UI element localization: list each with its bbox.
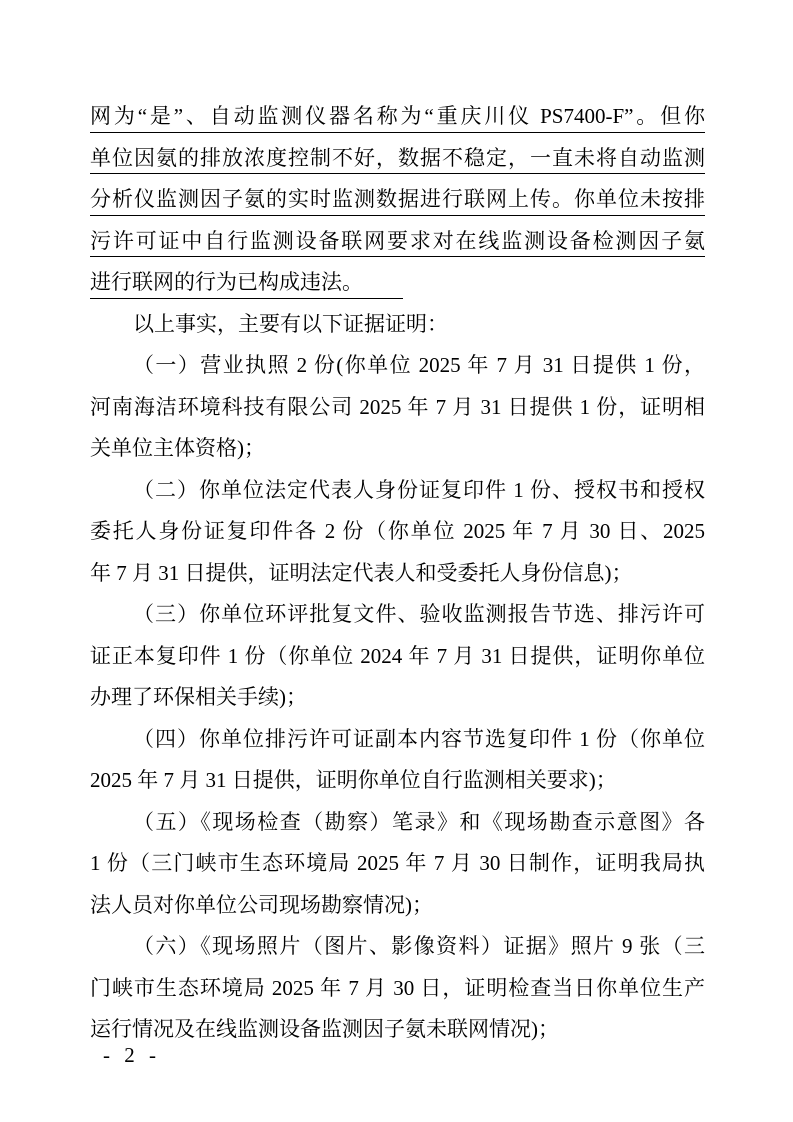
underlined-text: 网为“是”、自动监测仪器名称为“重庆川仪 PS7400-F”。但你 (90, 104, 705, 133)
body-text: （六）《现场照片（图片、影像资料）证据》照片 9 张（三 (133, 934, 705, 958)
underlined-text: 污许可证中自行监测设备联网要求对在线监测设备检测因子氨 (90, 229, 705, 258)
body-text: 门峡市生态环境局 2025 年 7 月 30 日，证明检查当日你单位生产 (90, 976, 705, 1000)
body-text: 办理了环保相关手续)； (90, 685, 307, 709)
body-text: 1 份（三门峡市生态环境局 2025 年 7 月 30 日制作，证明我局执 (90, 851, 705, 875)
body-line: 年 7 月 31 日提供，证明法定代表人和受委托人身份信息)； (90, 553, 705, 595)
body-text: （三）你单位环评批复文件、验收监测报告节选、排污许可 (133, 602, 705, 626)
body-text: （五）《现场检查（勘察）笔录》和《现场勘查示意图》各 (133, 810, 705, 834)
body-text: （一）营业执照 2 份(你单位 2025 年 7 月 31 日提供 1 份， (133, 353, 705, 377)
body-line: 法人员对你单位公司现场勘察情况)； (90, 885, 705, 927)
body-line: 运行情况及在线监测设备监测因子氨未联网情况)； (90, 1009, 705, 1051)
body-line: 网为“是”、自动监测仪器名称为“重庆川仪 PS7400-F”。但你 (90, 96, 705, 138)
document-body: 网为“是”、自动监测仪器名称为“重庆川仪 PS7400-F”。但你 单位因氨的排… (90, 96, 705, 1051)
document-page: 网为“是”、自动监测仪器名称为“重庆川仪 PS7400-F”。但你 单位因氨的排… (0, 0, 793, 1122)
body-line: 分析仪监测因子氨的实时监测数据进行联网上传。你单位未按排 (90, 179, 705, 221)
body-line: （五）《现场检查（勘察）笔录》和《现场勘查示意图》各 (90, 802, 705, 844)
underlined-text: 分析仪监测因子氨的实时监测数据进行联网上传。你单位未按排 (90, 187, 705, 216)
body-text: 委托人身份证复印件各 2 份（你单位 2025 年 7 月 30 日、2025 (90, 519, 705, 543)
body-text: 法人员对你单位公司现场勘察情况)； (90, 893, 433, 917)
body-text: （二）你单位法定代表人身份证复印件 1 份、授权书和授权 (133, 478, 705, 502)
body-text: 2025 年 7 月 31 日提供，证明你单位自行监测相关要求)； (90, 768, 617, 792)
body-line: 办理了环保相关手续)； (90, 677, 705, 719)
body-text: 年 7 月 31 日提供，证明法定代表人和受委托人身份信息)； (90, 561, 633, 585)
body-line: 进行联网的行为已构成违法。 (90, 262, 705, 304)
body-text: 证正本复印件 1 份（你单位 2024 年 7 月 31 日提供，证明你单位 (90, 644, 705, 668)
body-text: 河南海洁环境科技有限公司 2025 年 7 月 31 日提供 1 份，证明相 (90, 395, 705, 419)
body-line: 委托人身份证复印件各 2 份（你单位 2025 年 7 月 30 日、2025 (90, 511, 705, 553)
body-line: 门峡市生态环境局 2025 年 7 月 30 日，证明检查当日你单位生产 (90, 968, 705, 1010)
underlined-text: 进行联网的行为已构成违法。 (90, 270, 403, 299)
underlined-text: 单位因氨的排放浓度控制不好，数据不稳定，一直未将自动监测 (90, 146, 705, 175)
body-text: 关单位主体资格)； (90, 436, 265, 460)
body-line: 污许可证中自行监测设备联网要求对在线监测设备检测因子氨 (90, 221, 705, 263)
body-text: 以上事实，主要有以下证据证明： (133, 312, 448, 336)
body-line: 证正本复印件 1 份（你单位 2024 年 7 月 31 日提供，证明你单位 (90, 636, 705, 678)
body-line: （四）你单位排污许可证副本内容节选复印件 1 份（你单位 (90, 719, 705, 761)
body-text: （四）你单位排污许可证副本内容节选复印件 1 份（你单位 (133, 727, 705, 751)
body-line: 单位因氨的排放浓度控制不好，数据不稳定，一直未将自动监测 (90, 138, 705, 180)
body-line: 2025 年 7 月 31 日提供，证明你单位自行监测相关要求)； (90, 760, 705, 802)
body-line: 河南海洁环境科技有限公司 2025 年 7 月 31 日提供 1 份，证明相 (90, 387, 705, 429)
body-line: 关单位主体资格)； (90, 428, 705, 470)
body-line: （六）《现场照片（图片、影像资料）证据》照片 9 张（三 (90, 926, 705, 968)
body-line: （三）你单位环评批复文件、验收监测报告节选、排污许可 (90, 594, 705, 636)
body-text: 运行情况及在线监测设备监测因子氨未联网情况)； (90, 1017, 559, 1041)
body-line: （一）营业执照 2 份(你单位 2025 年 7 月 31 日提供 1 份， (90, 345, 705, 387)
body-line: （二）你单位法定代表人身份证复印件 1 份、授权书和授权 (90, 470, 705, 512)
page-number: - 2 - (103, 1043, 159, 1068)
body-line: 1 份（三门峡市生态环境局 2025 年 7 月 30 日制作，证明我局执 (90, 843, 705, 885)
body-line: 以上事实，主要有以下证据证明： (90, 304, 705, 346)
